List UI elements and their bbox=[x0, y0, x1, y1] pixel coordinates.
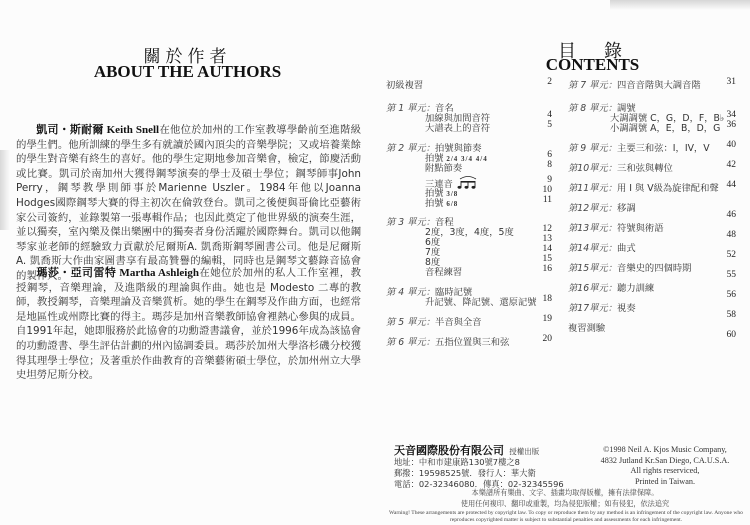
toc-entry[interactable]: 第14單元：曲式 bbox=[568, 240, 636, 254]
toc-page-number: 58 bbox=[712, 310, 736, 320]
about-authors-page: 關於作者 ABOUT THE AUTHORS 凱司・斯耐爾 Keith Snel… bbox=[0, 0, 375, 525]
warning-en: Warning! These arrangements are protecte… bbox=[386, 510, 746, 524]
toc-entry-title: 初級複習 bbox=[386, 80, 423, 91]
toc-unit-label: 第10單元： bbox=[568, 163, 617, 174]
toc-page-number: 36 bbox=[712, 120, 736, 130]
toc-page-number: 5 bbox=[528, 120, 552, 130]
toc-unit-label: 第17單元： bbox=[568, 303, 617, 314]
copyright-notice: ©1998 Neil A. Kjos Music Company, 4832 J… bbox=[600, 445, 730, 487]
contents-title-en: CONTENTS bbox=[485, 55, 700, 75]
toc-entry-title: 音樂史的四個時期 bbox=[617, 263, 691, 274]
toc-entry[interactable]: 第12單元：移調 bbox=[568, 200, 636, 214]
toc-entry[interactable]: 附點節奏 bbox=[425, 160, 462, 174]
warning-zh-line: 本樂譜所有樂曲、文字、插畫均取得版權，擁有法律保障。 bbox=[390, 487, 740, 498]
toc-entry-title: 移調 bbox=[617, 203, 636, 214]
bio-martha-ashleigh: 瑪莎・亞司雷特 Martha Ashleigh在她位於加州的私人工作室裡，教授鋼… bbox=[16, 266, 361, 383]
toc-page-number: 4 bbox=[528, 110, 552, 120]
toc-unit-label: 第14單元： bbox=[568, 243, 617, 254]
toc-entry-title: 符號與術語 bbox=[617, 223, 664, 234]
toc-page-number: 15 bbox=[528, 254, 552, 264]
toc-page-number: 44 bbox=[712, 180, 736, 190]
toc-entry[interactable]: 第 5 單元：半音與全音 bbox=[386, 314, 482, 328]
toc-page-number: 2 bbox=[528, 77, 552, 87]
toc-entry-title: 曲式 bbox=[617, 243, 636, 254]
toc-page-number: 40 bbox=[712, 140, 736, 150]
toc-entry-title: 五指位置與三和弦 bbox=[435, 337, 509, 348]
toc-page-number: 12 bbox=[528, 224, 552, 234]
publisher-postal: 郵撥：19598525號．發行人：華大衛 bbox=[394, 468, 564, 479]
copyright-line: 4832 Jutland Kr.San Diego, CA.U.S.A. bbox=[600, 456, 730, 467]
toc-entry[interactable]: 第 9 單元：主要三和弦：I，IV，V bbox=[568, 140, 710, 154]
toc-entry[interactable]: 音程練習 bbox=[425, 264, 462, 278]
bio-text: 在她位於加州的私人工作室裡，教授鋼琴，音樂理論，及進階級的理論與作曲。她也是 M… bbox=[16, 267, 361, 381]
toc-unit-label: 第 7 單元： bbox=[568, 80, 617, 91]
toc-entry[interactable]: 第10單元：三和弦與轉位 bbox=[568, 160, 673, 174]
toc-unit-label: 第15單元： bbox=[568, 263, 617, 274]
toc-page-number: 10 bbox=[528, 185, 552, 195]
toc-page-number: 6 bbox=[528, 150, 552, 160]
toc-page-number: 60 bbox=[712, 330, 736, 340]
publisher-name: 天音國際股份有限公司 bbox=[394, 444, 504, 457]
toc-page-number: 46 bbox=[712, 210, 736, 220]
toc-page-number: 20 bbox=[528, 334, 552, 344]
toc-page-number: 48 bbox=[712, 230, 736, 240]
toc-page-number: 9 bbox=[528, 175, 552, 185]
publisher-info: 天音國際股份有限公司 授權出版 地址：中和市建康路130號7樓之8 郵撥：195… bbox=[394, 445, 564, 490]
bio-keith-snell: 凱司・斯耐爾 Keith Snell在他位於加州的工作室教導學齡前至進階級的學生… bbox=[16, 123, 361, 284]
toc-page-number: 14 bbox=[528, 244, 552, 254]
toc-entry[interactable]: 第17單元：視奏 bbox=[568, 300, 636, 314]
toc-entry[interactable]: 第15單元：音樂史的四個時期 bbox=[568, 260, 691, 274]
toc-entry-title: 視奏 bbox=[617, 303, 636, 314]
toc-entry[interactable]: 第 6 單元：五指位置與三和弦 bbox=[386, 334, 509, 348]
about-title-en: ABOUT THE AUTHORS bbox=[0, 62, 375, 82]
warning-zh-line: 使用任何複印、翻印或重製，均為侵犯版權；如有侵犯，依法追究 bbox=[390, 498, 740, 509]
toc-entry[interactable]: 第16單元：聽力訓練 bbox=[568, 280, 654, 294]
toc-unit-label: 第11單元： bbox=[568, 183, 617, 194]
toc-entry-title: 升記號、降記號、還原記號 bbox=[425, 297, 537, 308]
toc-entry[interactable]: 升記號、降記號、還原記號 bbox=[425, 294, 537, 308]
toc-entry-title: 三和弦與轉位 bbox=[617, 163, 673, 174]
copyright-line: ©1998 Neil A. Kjos Music Company, bbox=[600, 445, 730, 456]
toc-unit-label: 第 9 單元： bbox=[568, 143, 617, 154]
toc-unit-label: 第 5 單元： bbox=[386, 317, 435, 328]
toc-entry[interactable]: 第 7 單元：四音音階與大調音階 bbox=[568, 77, 701, 91]
toc-entry-title: 主要三和弦：I，IV，V bbox=[617, 143, 710, 154]
toc-page-number: 31 bbox=[712, 77, 736, 87]
toc-page-number: 34 bbox=[712, 110, 736, 120]
toc-page-number: 11 bbox=[528, 195, 552, 205]
toc-unit-label: 第16單元： bbox=[568, 283, 617, 294]
toc-page-number: 8 bbox=[528, 160, 552, 170]
toc-entry[interactable]: 複習測驗 bbox=[568, 320, 605, 334]
bio-text: 在他位於加州的工作室教導學齡前至進階級的學生們。他所訓練的學生多有就讀於國內頂尖… bbox=[16, 124, 361, 282]
toc-page-number: 19 bbox=[528, 314, 552, 324]
toc-entry-title: 小調調號 A，E，B，D，G bbox=[610, 123, 720, 134]
toc-page-number: 16 bbox=[528, 264, 552, 274]
toc-entry-title: 複習測驗 bbox=[568, 323, 605, 334]
toc-page-number: 56 bbox=[712, 290, 736, 300]
warning-zh: 本樂譜所有樂曲、文字、插畫均取得版權，擁有法律保障。 使用任何複印、翻印或重製，… bbox=[390, 487, 740, 509]
toc-entry-title: 半音與全音 bbox=[435, 317, 482, 328]
toc-entry[interactable]: 第11單元：用 I 與 V級為旋律配和聲 bbox=[568, 180, 719, 194]
toc-entry-title: 聽力訓練 bbox=[617, 283, 654, 294]
time-signature-icon: 6/8 bbox=[444, 200, 459, 208]
toc-entry-title: 大譜表上的音符 bbox=[425, 123, 490, 134]
bio-name: 凱司・斯耐爾 Keith Snell bbox=[36, 124, 159, 136]
toc-entry[interactable]: 拍號 6/8 bbox=[425, 195, 458, 209]
bio-name: 瑪莎・亞司雷特 Martha Ashleigh bbox=[36, 267, 199, 279]
toc-entry-title: 拍號 bbox=[425, 198, 444, 209]
publisher-authorized: 授權出版 bbox=[509, 447, 539, 456]
copyright-line: All rights reserviced, bbox=[600, 466, 730, 477]
toc-page-number: 18 bbox=[528, 294, 552, 304]
toc-page-number: 13 bbox=[528, 234, 552, 244]
toc-entry[interactable]: 初級複習 bbox=[386, 77, 423, 91]
toc-page-number: 42 bbox=[712, 160, 736, 170]
toc-entry[interactable]: 第13單元：符號與術語 bbox=[568, 220, 664, 234]
toc-entry-title: 四音音階與大調音階 bbox=[617, 80, 701, 91]
toc-unit-label: 第13單元： bbox=[568, 223, 617, 234]
toc-entry-title: 音程練習 bbox=[425, 267, 462, 278]
toc-page-number: 52 bbox=[712, 250, 736, 260]
toc-unit-label: 第 6 單元： bbox=[386, 337, 435, 348]
publisher-address: 地址：中和市建康路130號7樓之8 bbox=[394, 457, 564, 468]
toc-entry-title: 用 I 與 V級為旋律配和聲 bbox=[617, 183, 719, 194]
toc-unit-label: 第12單元： bbox=[568, 203, 617, 214]
toc-entry[interactable]: 大譜表上的音符 bbox=[425, 120, 490, 134]
copyright-line: Printed in Taiwan. bbox=[600, 477, 730, 488]
toc-page-number: 55 bbox=[712, 270, 736, 280]
toc-entry-title: 附點節奏 bbox=[425, 163, 462, 174]
toc-entry[interactable]: 小調調號 A，E，B，D，G bbox=[610, 120, 720, 134]
